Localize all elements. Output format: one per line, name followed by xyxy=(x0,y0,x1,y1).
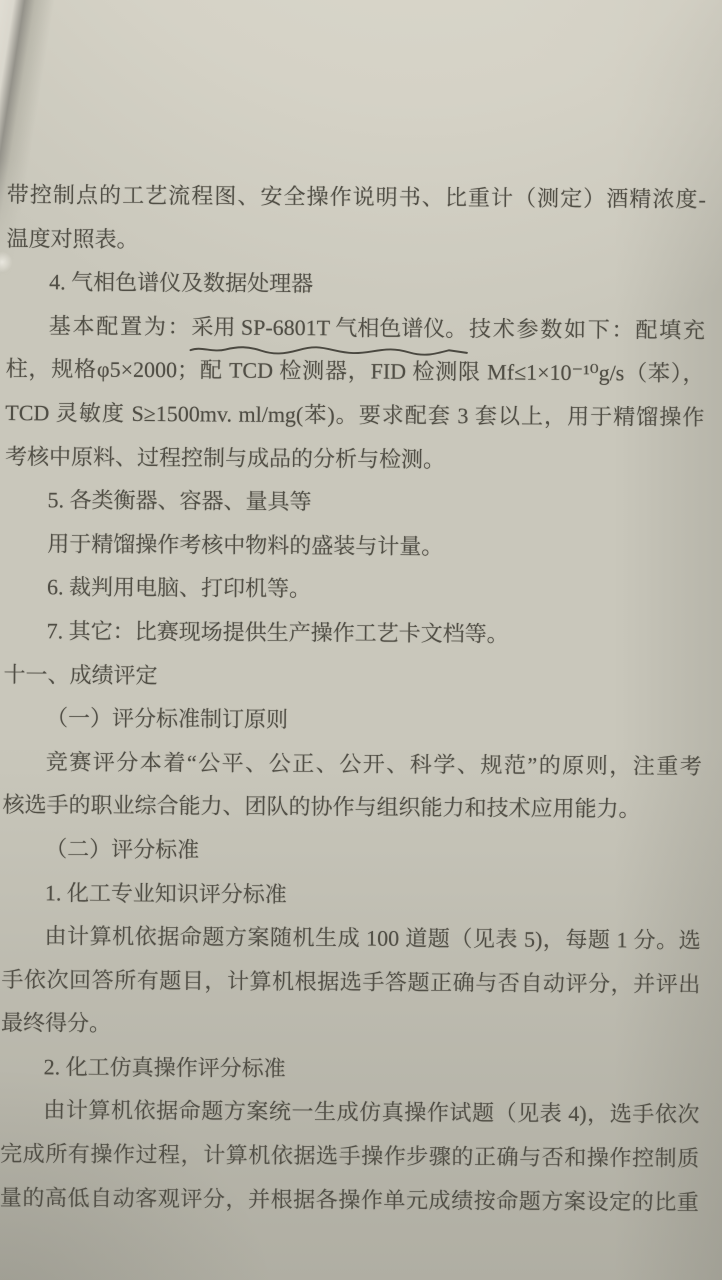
item-1-heading: 1. 化工专业知识评分标准 xyxy=(2,870,701,918)
underlined-text: 采用 SP-6801T 气相色谱仪。 xyxy=(191,314,467,341)
text-line: 竞赛评分本着“公平、公正、公开、科学、规范”的原则，注重考 xyxy=(3,740,702,788)
text-line: 手依次回答所有题目，计算机根据选手答题正确与否自动评分，并评出 xyxy=(1,958,700,1006)
list-item-4-heading: 4. 气相色谱仪及数据处理器 xyxy=(6,260,705,308)
document-photo: 带控制点的工艺流程图、安全操作说明书、比重计（测定）酒精浓度- 温度对照表。 4… xyxy=(0,0,722,1280)
section-heading: 十一、成绩评定 xyxy=(3,653,702,701)
text-line: 最终得分。 xyxy=(1,1001,700,1049)
underlined-phrase: 采用 SP-6801T 气相色谱仪。 xyxy=(191,305,467,351)
text-line: 温度对照表。 xyxy=(6,217,705,265)
subsection-2-heading: （二）评分标准 xyxy=(2,827,701,875)
list-item-7-heading: 7. 其它：比赛现场提供生产操作工艺卡文档等。 xyxy=(4,609,703,657)
wavy-underline xyxy=(188,345,470,357)
text-line: 量的高低自动客观评分，并根据各操作单元成绩按命题方案设定的比重 xyxy=(0,1176,699,1224)
text-line: 完成所有操作过程，计算机依据选手操作步骤的正确与否和操作控制质 xyxy=(0,1132,699,1180)
line-suffix: 技术参数如下：配填充 xyxy=(467,316,705,343)
list-item-6-heading: 6. 裁判用电脑、打印机等。 xyxy=(4,565,703,613)
item-2-heading: 2. 化工仿真操作评分标准 xyxy=(1,1045,700,1093)
text-line: 考核中原料、过程控制与成品的分析与检测。 xyxy=(5,435,704,483)
text-line: 基本配置为：采用 SP-6801T 气相色谱仪。技术参数如下：配填充 xyxy=(6,304,705,352)
text-line: TCD 灵敏度 S≥1500mv. ml/mg(苯)。要求配套 3 套以上，用于… xyxy=(5,391,704,439)
line-prefix: 基本配置为： xyxy=(49,313,192,339)
text-line: 用于精馏操作考核中物料的盛装与计量。 xyxy=(4,522,703,570)
document-text-block: 带控制点的工艺流程图、安全操作说明书、比重计（测定）酒精浓度- 温度对照表。 4… xyxy=(0,173,706,1224)
list-item-5-heading: 5. 各类衡器、容器、量具等 xyxy=(5,478,704,526)
subsection-1-heading: （一）评分标准制订原则 xyxy=(3,696,702,744)
text-line: 由计算机依据命题方案随机生成 100 道题（见表 5)，每题 1 分。选 xyxy=(2,914,701,962)
text-line: 带控制点的工艺流程图、安全操作说明书、比重计（测定）酒精浓度- xyxy=(7,173,706,221)
text-line: 核选手的职业综合能力、团队的协作与组织能力和技术应用能力。 xyxy=(2,783,701,831)
text-line: 由计算机依据命题方案统一生成仿真操作试题（见表 4)，选手依次 xyxy=(0,1088,699,1136)
